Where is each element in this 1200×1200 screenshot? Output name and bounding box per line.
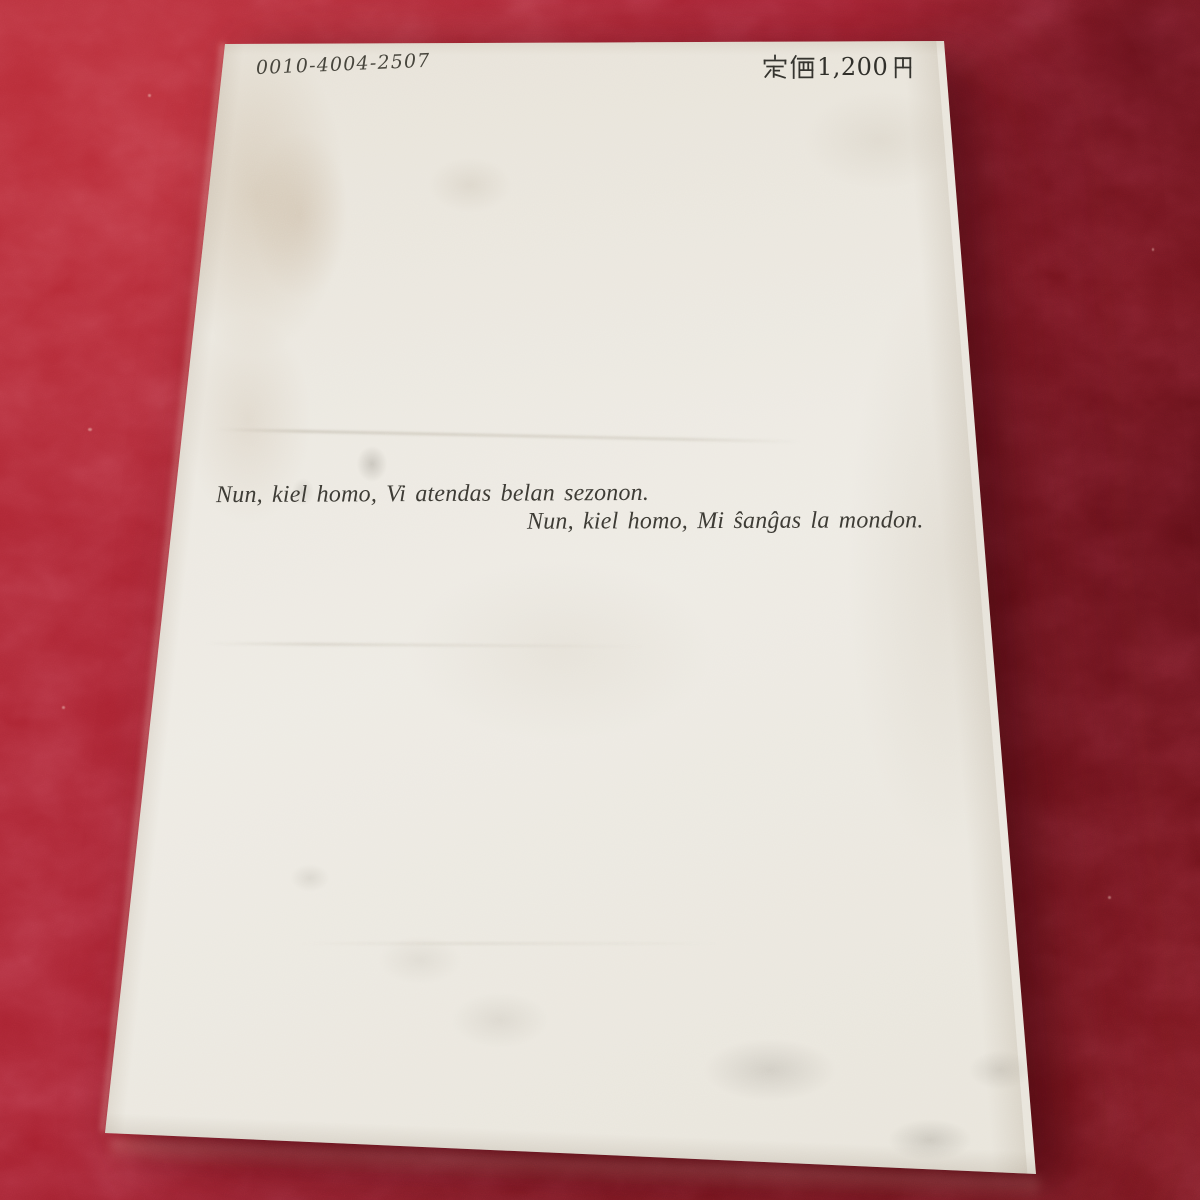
cover-bottom-edge-shade xyxy=(94,1112,1044,1180)
price-digits: 1,200 xyxy=(816,54,889,80)
book-back-cover: 0010-4004-2507 定価1,200円 1,200 xyxy=(0,0,1200,1200)
kanji-tei-icon xyxy=(762,54,788,80)
kanji-en-icon xyxy=(890,54,916,80)
photo-scene: 0010-4004-2507 定価1,200円 1,200 xyxy=(0,0,1200,1200)
cover-right-edge-shade xyxy=(902,31,1029,1190)
cover-crease xyxy=(205,642,645,648)
price-label: 定価1,200円 1,200 xyxy=(762,53,916,81)
catalog-code: 0010-4004-2507 xyxy=(256,50,431,79)
cover-crease xyxy=(300,942,720,945)
kanji-ka-icon xyxy=(789,54,815,80)
cover-left-edge-shade xyxy=(93,37,245,1144)
quote-line-1: Nun, kiel homo, Vi atendas belan sezonon… xyxy=(216,480,649,509)
quote-line-2: Nun, kiel homo, Mi ŝanĝas la mondon. xyxy=(527,507,924,535)
cover-crease xyxy=(216,428,801,443)
book-shadow-wrap: 0010-4004-2507 定価1,200円 1,200 xyxy=(0,0,1200,1200)
